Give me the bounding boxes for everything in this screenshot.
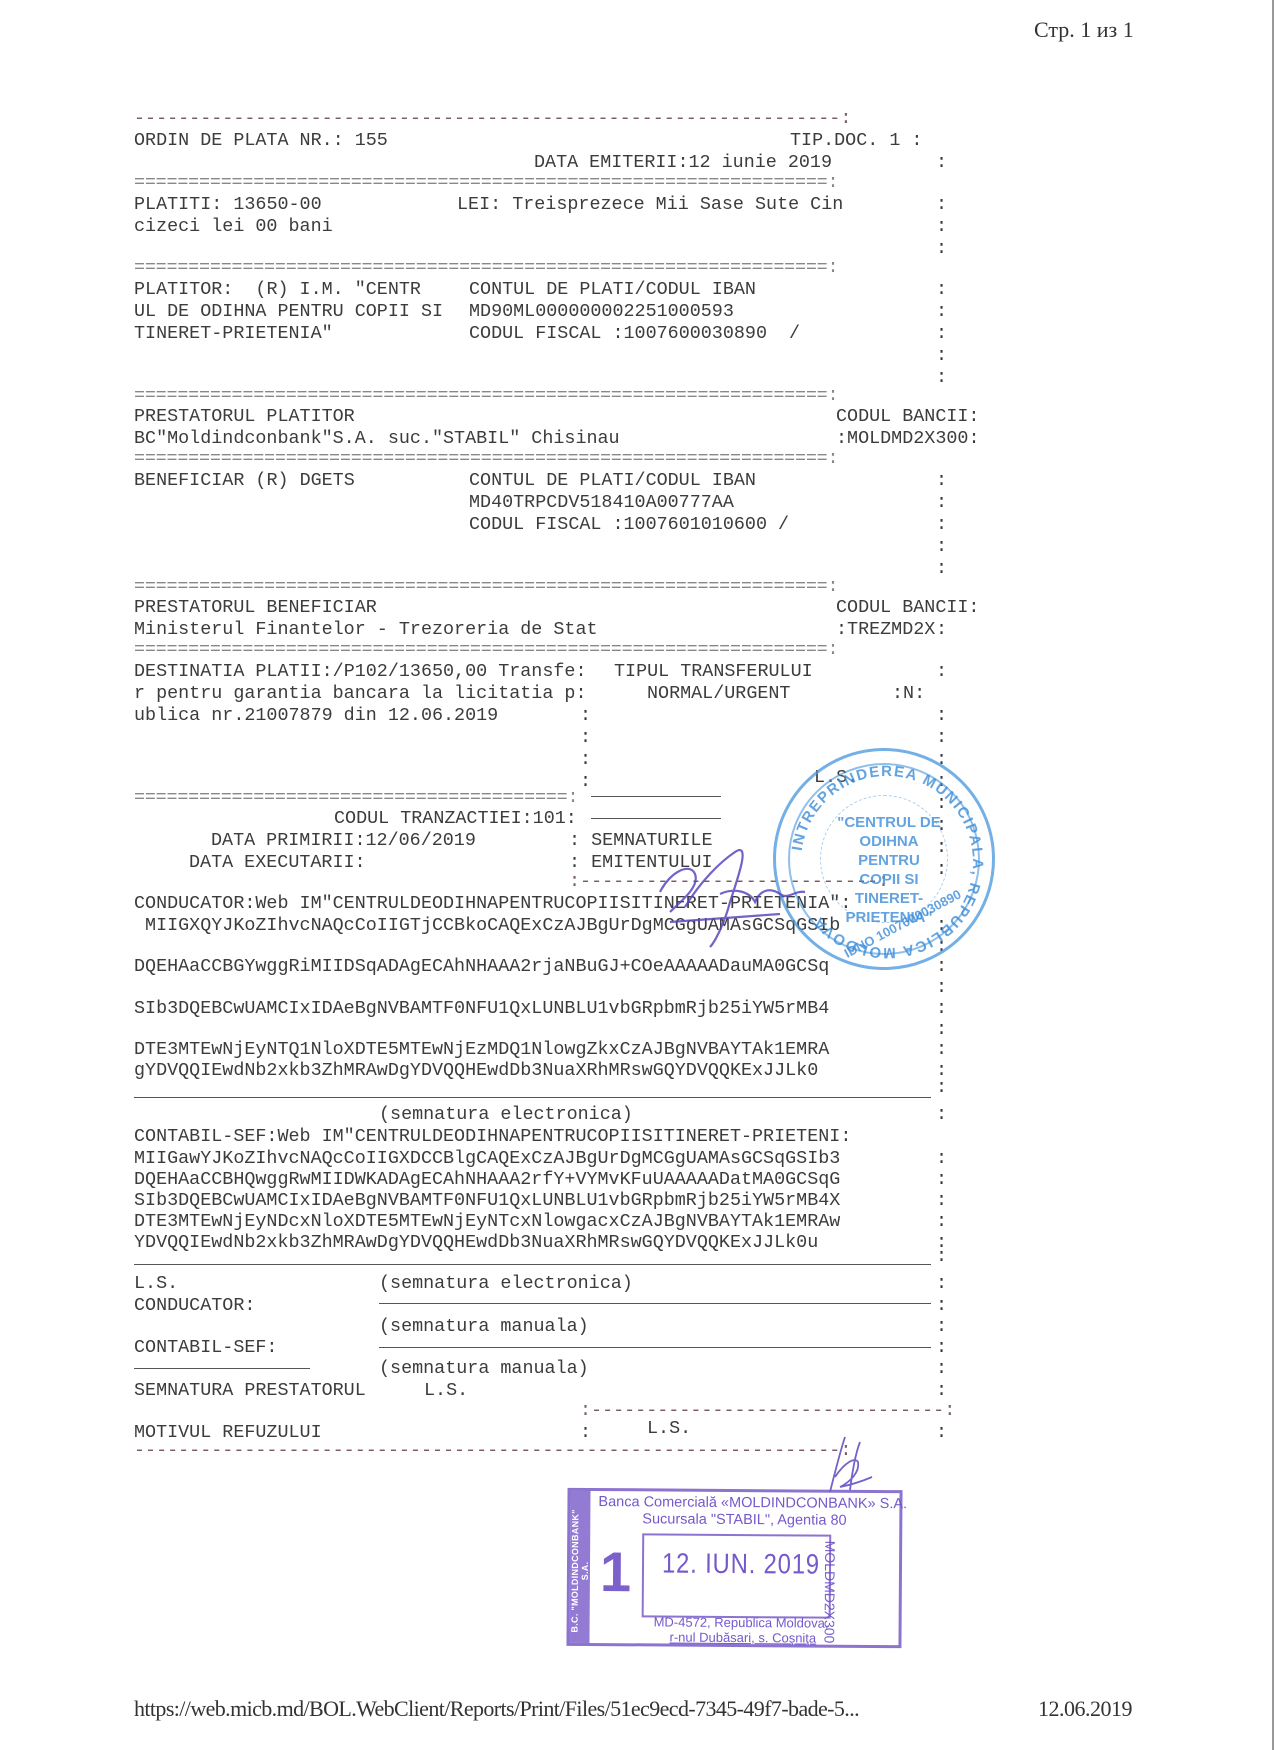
border-colon: : [580, 705, 591, 727]
esig-caption-2: (semnatura electronica) [379, 1273, 633, 1295]
border-colon: : [936, 1273, 947, 1295]
amount-words-line2: cizeci lei 00 bani [134, 216, 333, 238]
purpose-text-line1: /P102/13650,00 Transfe [333, 661, 576, 682]
issue-date-value: 12 iunie 2019 [689, 152, 832, 173]
stamp-address-line2: r-nul Dubăsari, s. Coşniţa [669, 1630, 816, 1646]
beneficiary-bank-code: :TREZMD2X [836, 619, 935, 641]
stamp-side-text: B.C. "MOLDINDCONBANK" S.A. [569, 1501, 590, 1641]
esig-data-line: DTE3MTEwNjEyNTQ1NloXDTE5MTEwNjEzMDQ1Nlow… [134, 1039, 829, 1061]
execution-date: DATA EXECUTARII: [189, 852, 366, 874]
payer-name-line1: (R) I.M. "CENTR [255, 279, 421, 300]
esig-line-2 [134, 1264, 931, 1265]
beneficiary-fiscal: CODUL FISCAL :1007601010600 / [469, 514, 789, 536]
border-colon: : [936, 558, 947, 580]
stamp-bank-name: Banca Comercială «MOLDINDCONBANK» S.A. [598, 1494, 907, 1512]
esig-data-line: YDVQQIEwdNb2xkb3ZhMRAwDgYDVQQHEwdDb3NuaX… [134, 1232, 818, 1254]
manual-sig-line-1 [379, 1303, 931, 1304]
ls2-label: L.S. [134, 1273, 178, 1295]
footer-url: https://web.micb.md/BOL.WebClient/Report… [134, 1696, 859, 1722]
stamp-bank-code: MOLDMD2X300 [822, 1541, 839, 1621]
accountant-manual-label: CONTABIL-SEF: [134, 1337, 277, 1359]
beneficiary-bank-name: Ministerul Finantelor - Trezoreria de St… [134, 619, 598, 641]
payer-name-line2: UL DE ODIHNA PENTRU COPII SI [134, 301, 443, 323]
separator: ========================================… [134, 172, 838, 194]
border-colon: : [936, 301, 947, 323]
amount: PLATITI: 13650-00 [134, 194, 322, 216]
bottom-border: ----------------------------------------… [134, 1440, 851, 1462]
separator: ========================================… [134, 257, 838, 279]
amount-words-label: LEI: [457, 194, 501, 215]
border-colon: : [936, 1060, 947, 1082]
esig-data-line: DQEHAaCCBHQwggRwMIIDWKADAgECAhNHAAA2rfY+… [134, 1169, 840, 1191]
stamp-branch: Sucursala "STABIL", Agentia 80 [642, 1511, 846, 1528]
purpose-line1: DESTINATIA PLATII:/P102/13650,00 Transfe… [134, 661, 587, 683]
issue-date: DATA EMITERII:12 iunie 2019 [534, 152, 832, 174]
payer-account-label: CONTUL DE PLATI/CODUL IBAN [469, 279, 756, 301]
top-border: ----------------------------------------… [134, 108, 851, 130]
border-colon: : [936, 1190, 947, 1212]
beneficiary-line: BENEFICIAR (R) DGETS [134, 470, 355, 492]
border-colon: : [936, 1380, 947, 1402]
border-colon: : [936, 1337, 947, 1359]
transaction-code: CODUL TRANZACTIEI:101: [334, 808, 577, 830]
page-counter: Стр. 1 из 1 [1034, 17, 1134, 43]
manual-sig-caption-2: (semnatura manuala) [379, 1358, 589, 1380]
border-colon: : [580, 727, 591, 749]
border-colon: : [936, 1019, 947, 1041]
execution-date-label: DATA EXECUTARII: [189, 852, 366, 873]
payer-fiscal-code: 1007600030890 / [624, 323, 801, 344]
separator: ========================================… [134, 576, 838, 598]
seal-inner-text: "CENTRUL DEODIHNA PENTRUCOPII SI TINERET… [834, 813, 944, 927]
purpose-text-line3: ublica nr.21007879 din 12.06.2019 [134, 705, 498, 727]
border-colon: : [580, 771, 591, 793]
beneficiary-label: BENEFICIAR [134, 470, 244, 491]
border-colon: : [936, 470, 947, 492]
doc-type: TIP.DOC. 1 : [790, 130, 922, 152]
payer-fiscal-label: CODUL FISCAL : [469, 323, 624, 344]
accountant-esig-label: CONTABIL-SEF:Web IM"CENTRULDEODIHNAPENTR… [134, 1126, 851, 1148]
esig-data-line: MIIGawYJKoZIhvcNAQcCoIIGXDCCBlgCAQExCzAJ… [134, 1148, 840, 1170]
beneficiary-account-label: CONTUL DE PLATI/CODUL IBAN [469, 470, 756, 492]
footer-date: 12.06.2019 [1038, 1696, 1132, 1722]
border-colon: : [936, 536, 947, 558]
border-colon: : [936, 1211, 947, 1233]
issuer-signature [640, 832, 820, 952]
border-colon: : [936, 1169, 947, 1191]
esig-line [134, 1097, 931, 1098]
border-colon: : [936, 345, 947, 367]
border-colon: : [936, 1148, 947, 1170]
border-colon: : [936, 323, 947, 345]
signature-line-top [591, 796, 721, 797]
director-manual-label: CONDUCATOR: [134, 1295, 255, 1317]
border-colon: : [936, 1039, 947, 1061]
payer-bank-name: BC"Moldindconbank"S.A. suc."STABIL" Chis… [134, 428, 620, 450]
amount-words-line1: Treisprezece Mii Sase Sute Cin [512, 194, 843, 215]
ls4-label: L.S. [647, 1418, 691, 1440]
beneficiary-name: (R) DGETS [255, 470, 354, 491]
manual-sig-line-2 [379, 1347, 931, 1348]
provider-sig-line [134, 1368, 310, 1369]
payer-name-line3: TINERET-PRIETENIA" [134, 323, 333, 345]
transfer-type-label: TIPUL TRANSFERULUI [614, 661, 813, 683]
transaction-code-label: CODUL TRANZACTIEI: [334, 808, 533, 829]
transfer-type-value-label: NORMAL/URGENT [647, 683, 790, 705]
border-colon: : [936, 279, 947, 301]
manual-sig-caption-1: (semnatura manuala) [379, 1316, 589, 1338]
transfer-type-code: :N [892, 683, 914, 704]
border-colon: : [936, 977, 947, 999]
esig-data-line: SIb3DQEBCwUAMCIxIDAeBgNVBAMTF0NFU1QxLUNB… [134, 998, 829, 1020]
order-number: 155 [355, 130, 388, 151]
border-colon: : [936, 705, 947, 727]
border-colon: : [936, 216, 947, 238]
border-colon: : [936, 1104, 947, 1126]
issue-date-label: DATA EMITERII: [534, 152, 689, 173]
payer-label: PLATITOR: [134, 279, 233, 300]
border-colon: : [936, 194, 947, 216]
received-date-value: 12/06/2019 [366, 830, 476, 851]
doc-type-value: 1 [889, 130, 900, 151]
separator: ========================================… [134, 639, 838, 661]
border-colon: : [936, 152, 947, 174]
border-colon: : [936, 492, 947, 514]
border-colon: : [936, 727, 947, 749]
payer-iban: MD90ML000000002251000593 [469, 301, 734, 323]
received-date: DATA PRIMIRII:12/06/2019 [211, 830, 476, 852]
stamp-date-box: 12. IUN. 2019 [642, 1533, 832, 1618]
purpose-label: DESTINATIA PLATII: [134, 661, 333, 682]
border-colon: : [936, 1232, 947, 1254]
transaction-code-value: 101 [533, 808, 566, 829]
purpose-text-line2: r pentru garantia bancara la licitatia p [134, 683, 575, 704]
amount-label: PLATITI: [134, 194, 222, 215]
page-edge [1272, 0, 1274, 1750]
border-colon: : [936, 619, 947, 641]
order-title: ORDIN DE PLATA NR.: 155 [134, 130, 388, 152]
border-colon: : [580, 749, 591, 771]
payer-fiscal: CODUL FISCAL :1007600030890 / [469, 323, 800, 345]
amount-words: LEI: Treisprezece Mii Sase Sute Cin [457, 194, 843, 216]
beneficiary-fiscal-label: CODUL FISCAL : [469, 514, 624, 535]
beneficiary-bank-code-label: CODUL BANCII: [836, 597, 979, 619]
border-colon: : [936, 1295, 947, 1317]
payer-bank-code-value: :MOLDMD2X300 [836, 428, 968, 449]
border-colon: : [936, 1316, 947, 1338]
purpose-line2: r pentru garantia bancara la licitatia p… [134, 683, 587, 705]
payer-bank-label: PRESTATORUL PLATITOR [134, 406, 355, 428]
stamp-address-line1: MD-4572, Republica Moldova, [654, 1614, 829, 1630]
border-colon: : [936, 661, 947, 683]
border-colon: : [936, 238, 947, 260]
stamp-side-bar: B.C. "MOLDINDCONBANK" S.A. [569, 1491, 590, 1643]
stamp-date: 12. IUN. 2019 [662, 1547, 820, 1580]
doc-type-label: TIP.DOC. [790, 130, 878, 151]
esig-data-line: SIb3DQEBCwUAMCIxIDAeBgNVBAMTF0NFU1QxLUNB… [134, 1190, 840, 1212]
separator: ========================================… [134, 448, 838, 470]
esig-caption: (semnatura electronica) [379, 1104, 633, 1126]
border-colon: : [936, 514, 947, 536]
esig-data-line: DTE3MTEwNjEyNDcxNloXDTE5MTEwNjEyNTcxNlow… [134, 1211, 840, 1233]
amount-value: 13650-00 [233, 194, 321, 215]
esig-data-line: gYDVQQIEwdNb2xkb3ZhMRAwDgYDVQQHEwdDb3Nua… [134, 1060, 818, 1082]
accountant-esig-label-text: CONTABIL-SEF:Web IM"CENTRULDEODIHNAPENTR… [134, 1126, 840, 1147]
payer-bank-code-label: CODUL BANCII: [836, 406, 979, 428]
separator: ========================================… [134, 385, 838, 407]
separator-short: ========================================… [134, 787, 578, 809]
beneficiary-bank-label: PRESTATORUL BENEFICIAR [134, 597, 377, 619]
received-date-label: DATA PRIMIRII: [211, 830, 366, 851]
border-colon: : [936, 1358, 947, 1380]
beneficiary-fiscal-code: 1007601010600 / [624, 514, 790, 535]
payer-bank-code: :MOLDMD2X300: [836, 428, 979, 450]
payer-line1: PLATITOR: (R) I.M. "CENTR [134, 279, 421, 301]
order-title-label: ORDIN DE PLATA NR.: [134, 130, 344, 151]
border-colon: : [936, 367, 947, 389]
signature-line-bottom [591, 818, 721, 819]
transfer-type-value: :N: [892, 683, 925, 705]
stamp-number: 1 [600, 1539, 632, 1604]
bank-stamp: B.C. "MOLDINDCONBANK" S.A. Banca Comerci… [566, 1488, 902, 1648]
esig-data-line: DQEHAaCCBGYwggRiMIIDSqADAgECAhNHAAA2rjaN… [134, 956, 829, 978]
border-colon: : [936, 1422, 947, 1444]
border-colon: : [936, 998, 947, 1020]
ls3-label: L.S. [424, 1380, 468, 1402]
provider-signature-label: SEMNATURA PRESTATORUL [134, 1380, 366, 1402]
beneficiary-iban: MD40TRPCDV518410A00777AA [469, 492, 734, 514]
separator-dashed-stamp: :--------------------------------: [580, 1400, 955, 1422]
